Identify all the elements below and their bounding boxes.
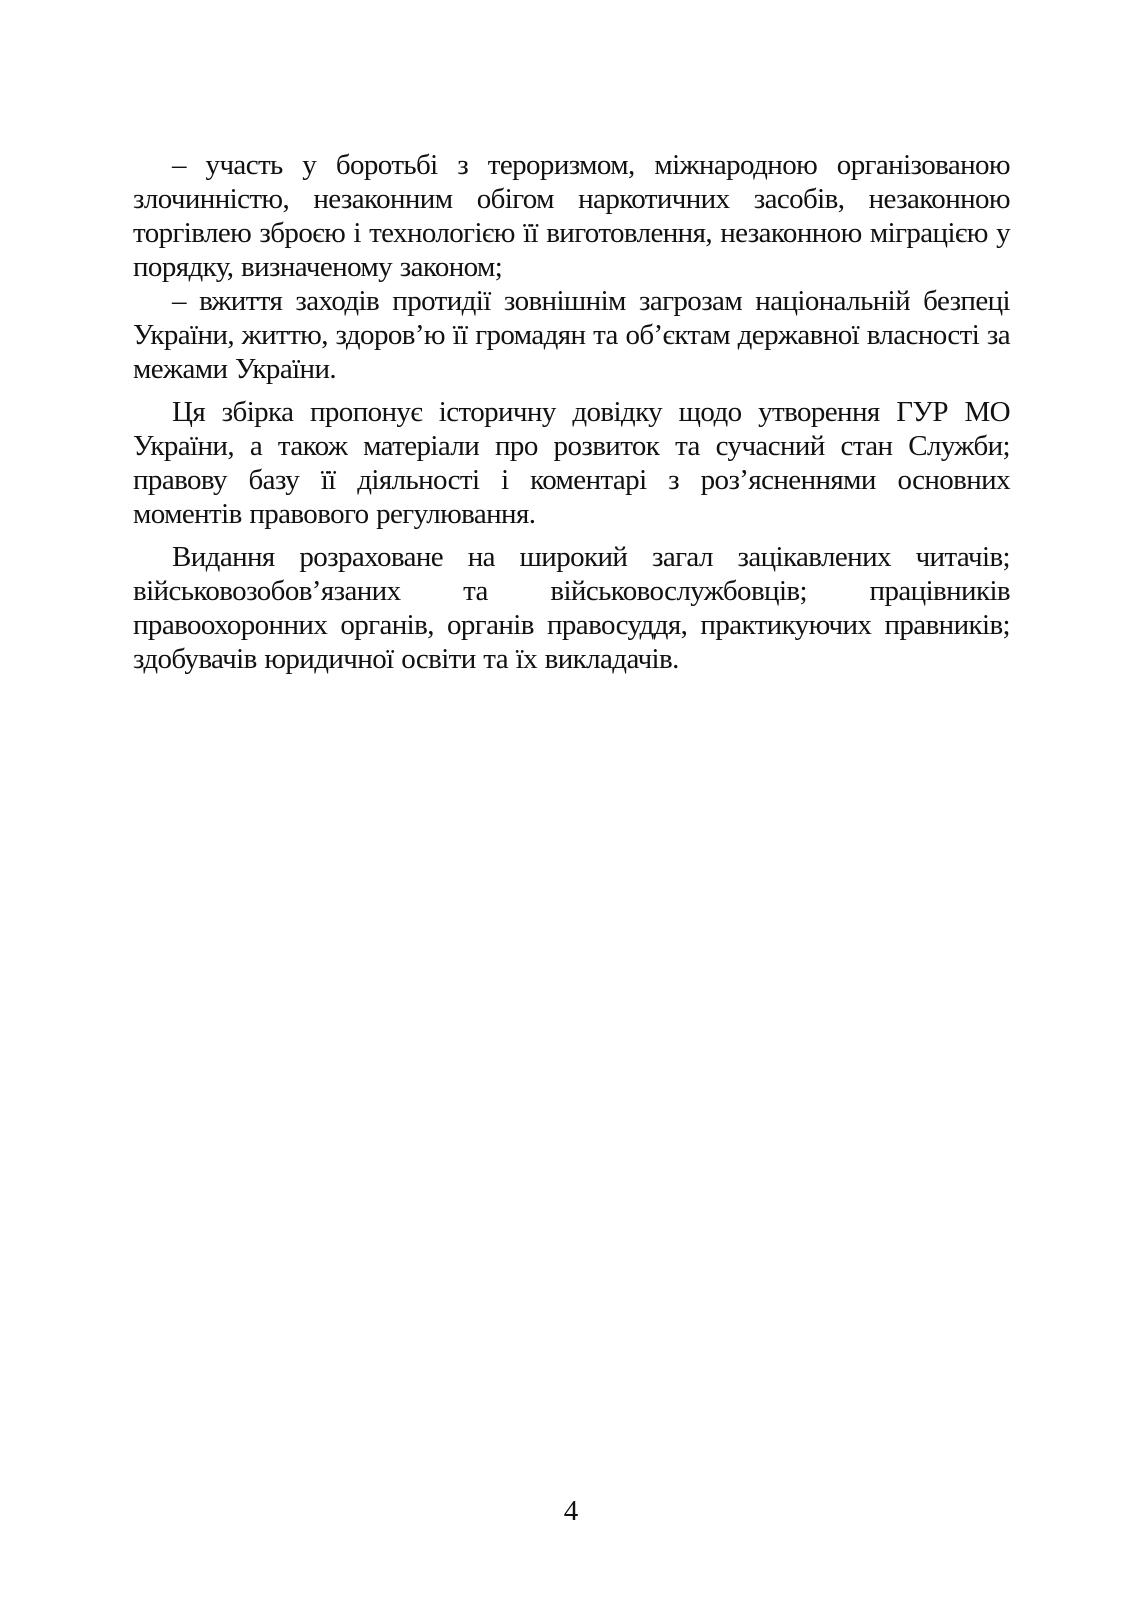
list-item-counter-terrorism: – участь у боротьбі з тероризмом, міжнар… xyxy=(133,148,1010,284)
list-item-external-threats: – вжиття заходів протидії зовнішнім загр… xyxy=(133,284,1010,386)
body-text: – участь у боротьбі з тероризмом, міжнар… xyxy=(133,148,1010,676)
page-number: 4 xyxy=(0,1494,1142,1528)
paragraph-collection-overview: Ця збірка пропонує історичну довідку щод… xyxy=(133,395,1010,531)
document-page: – участь у боротьбі з тероризмом, міжнар… xyxy=(0,0,1142,1615)
paragraph-target-audience: Видання розраховане на широкий загал зац… xyxy=(133,540,1010,676)
